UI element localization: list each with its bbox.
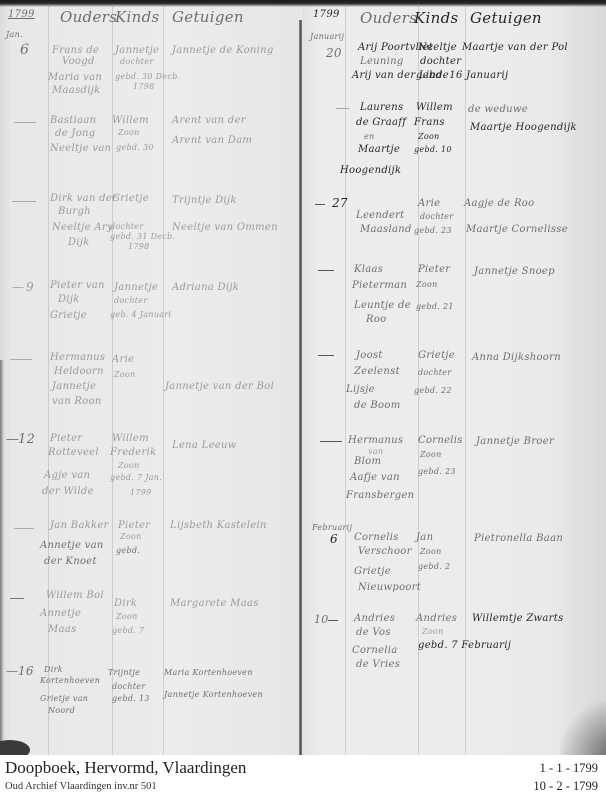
caption-date-end: 10 - 2 - 1799 xyxy=(533,779,598,794)
left-edge-shadow xyxy=(0,360,4,750)
book-gutter xyxy=(299,20,302,755)
column-rule xyxy=(48,4,49,755)
caption-subtitle: Oud Archief Vlaardingen inv.nr 501 xyxy=(5,781,157,792)
column-rule xyxy=(163,4,164,755)
archive-caption-bar: Doopboek, Hervormd, Vlaardingen Oud Arch… xyxy=(0,755,606,800)
right-month-february: Februarij xyxy=(312,523,352,532)
top-edge-shadow xyxy=(0,0,606,7)
scanned-register-spread: 1799 Jan. Ouders Kinds Getuigen 6 Frans … xyxy=(0,0,606,755)
right-header-child: Kinds xyxy=(414,9,458,27)
caption-title: Doopboek, Hervormd, Vlaardingen xyxy=(5,758,246,778)
left-header-parents: Ouders xyxy=(60,8,117,26)
column-rule xyxy=(345,4,346,755)
right-month-january: Januarij xyxy=(310,32,344,41)
left-year: 1799 xyxy=(8,9,35,20)
right-year: 1799 xyxy=(313,9,340,20)
left-month: Jan. xyxy=(6,30,23,39)
left-header-child: Kinds xyxy=(115,8,159,26)
left-page xyxy=(0,4,300,755)
caption-date-start: 1 - 1 - 1799 xyxy=(540,761,598,776)
page-corner-shadow-right xyxy=(560,700,606,755)
right-header-parents: Ouders xyxy=(360,9,417,27)
right-header-witnesses: Getuigen xyxy=(470,9,542,27)
left-header-witnesses: Getuigen xyxy=(172,8,244,26)
